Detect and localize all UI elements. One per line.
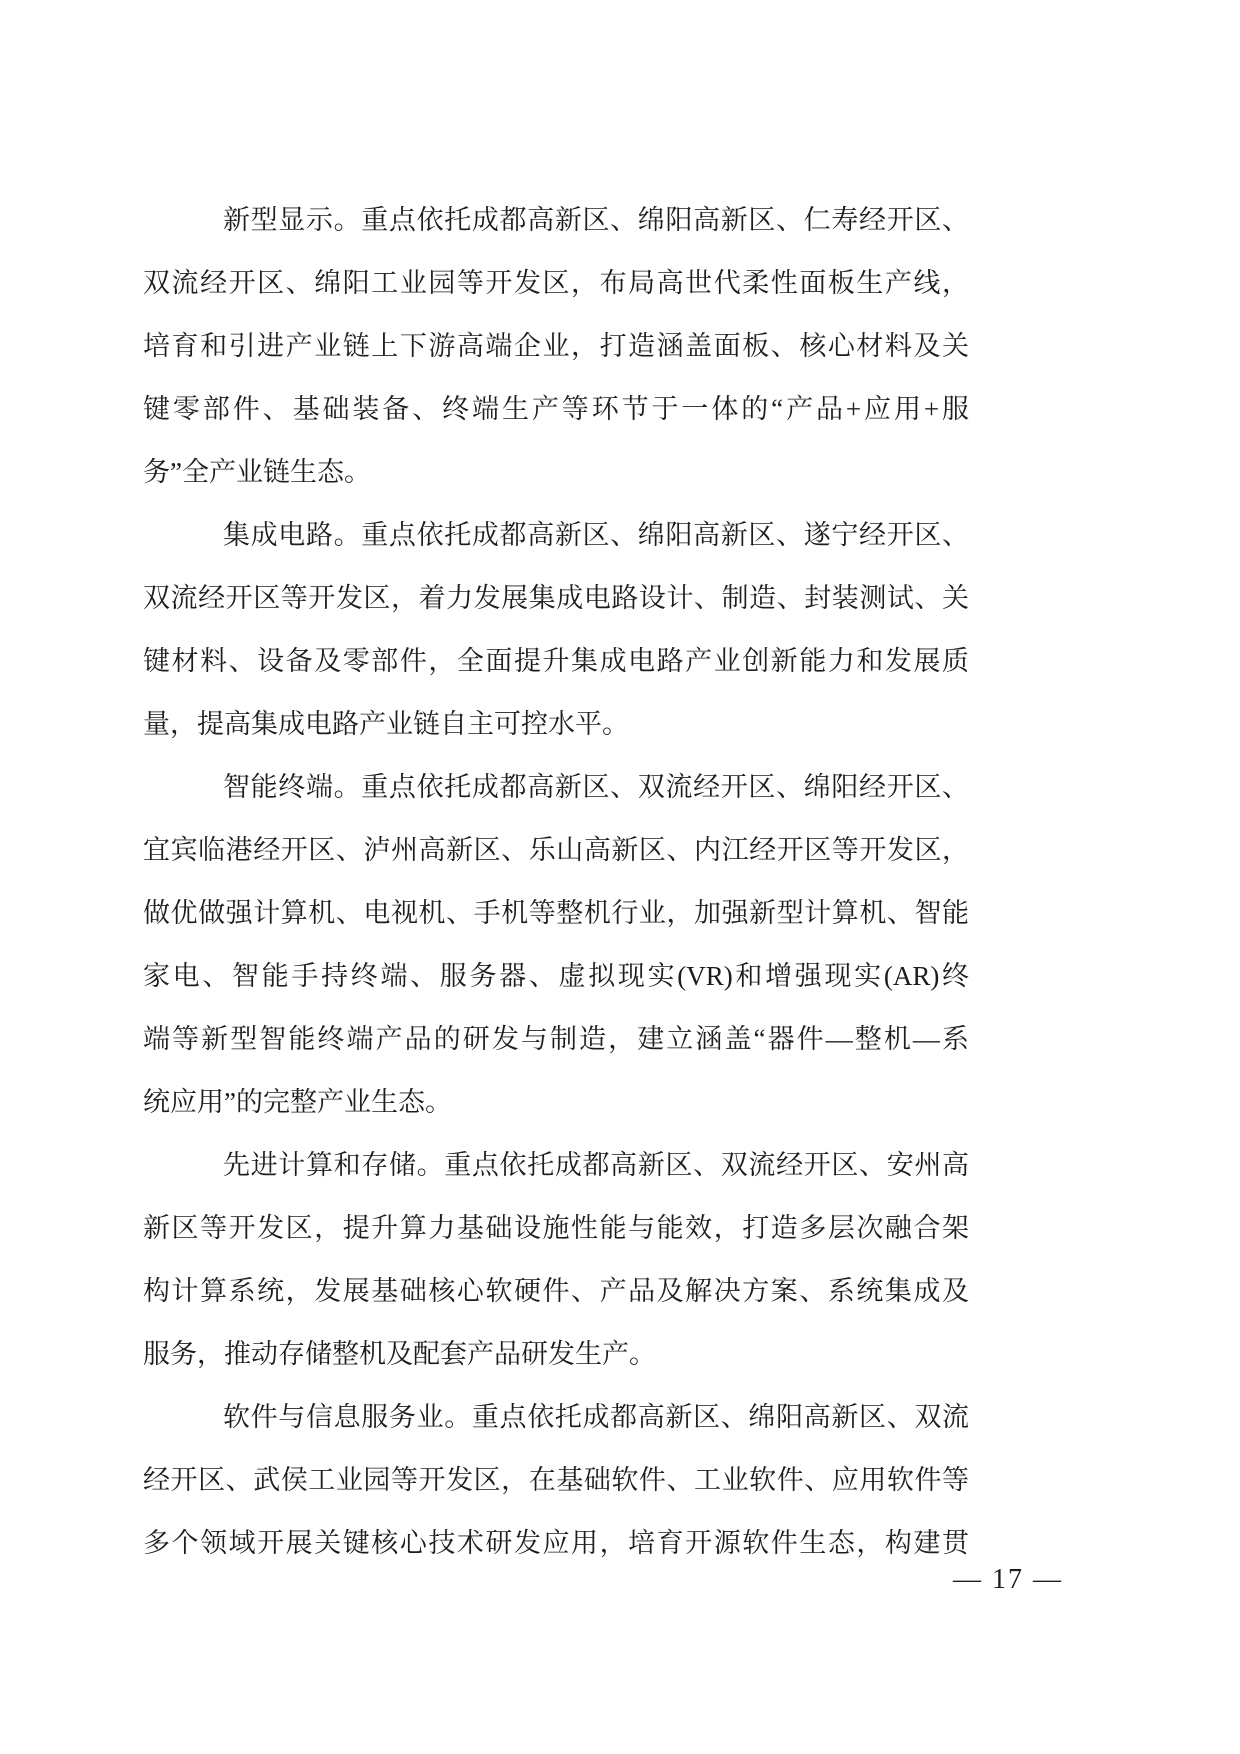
text-line: 统应用”的完整产业生态。 <box>143 1080 969 1143</box>
document-page: 新型显示。重点依托成都高新区、绵阳高新区、仁寿经开区、双流经开区、绵阳工业园等开… <box>0 0 1240 1754</box>
paragraph: 先进计算和存储。重点依托成都高新区、双流经开区、安州高新区等开发区，提升算力基础… <box>143 1143 969 1395</box>
text-line: 集成电路。重点依托成都高新区、绵阳高新区、遂宁经开区、 <box>143 513 969 576</box>
text-line: 构计算系统，发展基础核心软硬件、产品及解决方案、系统集成及 <box>143 1269 969 1332</box>
text-line: 家电、智能手持终端、服务器、虚拟现实(VR)和增强现实(AR)终 <box>143 954 969 1017</box>
page-number: — 17 — <box>938 1560 1078 1600</box>
text-line: 软件与信息服务业。重点依托成都高新区、绵阳高新区、双流 <box>143 1395 969 1458</box>
text-line: 务”全产业链生态。 <box>143 450 969 513</box>
text-line: 服务，推动存储整机及配套产品研发生产。 <box>143 1332 969 1395</box>
text-line: 键材料、设备及零部件，全面提升集成电路产业创新能力和发展质 <box>143 639 969 702</box>
text-line: 量，提高集成电路产业链自主可控水平。 <box>143 702 969 765</box>
paragraph: 集成电路。重点依托成都高新区、绵阳高新区、遂宁经开区、双流经开区等开发区，着力发… <box>143 513 969 765</box>
text-line: 端等新型智能终端产品的研发与制造，建立涵盖“器件—整机—系 <box>143 1017 969 1080</box>
text-line: 宜宾临港经开区、泸州高新区、乐山高新区、内江经开区等开发区， <box>143 828 969 891</box>
text-line: 新型显示。重点依托成都高新区、绵阳高新区、仁寿经开区、 <box>143 198 969 261</box>
text-line: 先进计算和存储。重点依托成都高新区、双流经开区、安州高 <box>143 1143 969 1206</box>
text-line: 智能终端。重点依托成都高新区、双流经开区、绵阳经开区、 <box>143 765 969 828</box>
text-line: 双流经开区、绵阳工业园等开发区，布局高世代柔性面板生产线， <box>143 261 969 324</box>
text-line: 多个领域开展关键核心技术研发应用，培育开源软件生态，构建贯 <box>143 1521 969 1584</box>
text-line: 新区等开发区，提升算力基础设施性能与能效，打造多层次融合架 <box>143 1206 969 1269</box>
paragraph: 软件与信息服务业。重点依托成都高新区、绵阳高新区、双流经开区、武侯工业园等开发区… <box>143 1395 969 1584</box>
text-line: 做优做强计算机、电视机、手机等整机行业，加强新型计算机、智能 <box>143 891 969 954</box>
text-line: 键零部件、基础装备、终端生产等环节于一体的“产品+应用+服 <box>143 387 969 450</box>
document-body: 新型显示。重点依托成都高新区、绵阳高新区、仁寿经开区、双流经开区、绵阳工业园等开… <box>143 198 969 1584</box>
paragraph: 智能终端。重点依托成都高新区、双流经开区、绵阳经开区、宜宾临港经开区、泸州高新区… <box>143 765 969 1143</box>
text-line: 双流经开区等开发区，着力发展集成电路设计、制造、封装测试、关 <box>143 576 969 639</box>
paragraph: 新型显示。重点依托成都高新区、绵阳高新区、仁寿经开区、双流经开区、绵阳工业园等开… <box>143 198 969 513</box>
text-line: 经开区、武侯工业园等开发区，在基础软件、工业软件、应用软件等 <box>143 1458 969 1521</box>
text-line: 培育和引进产业链上下游高端企业，打造涵盖面板、核心材料及关 <box>143 324 969 387</box>
